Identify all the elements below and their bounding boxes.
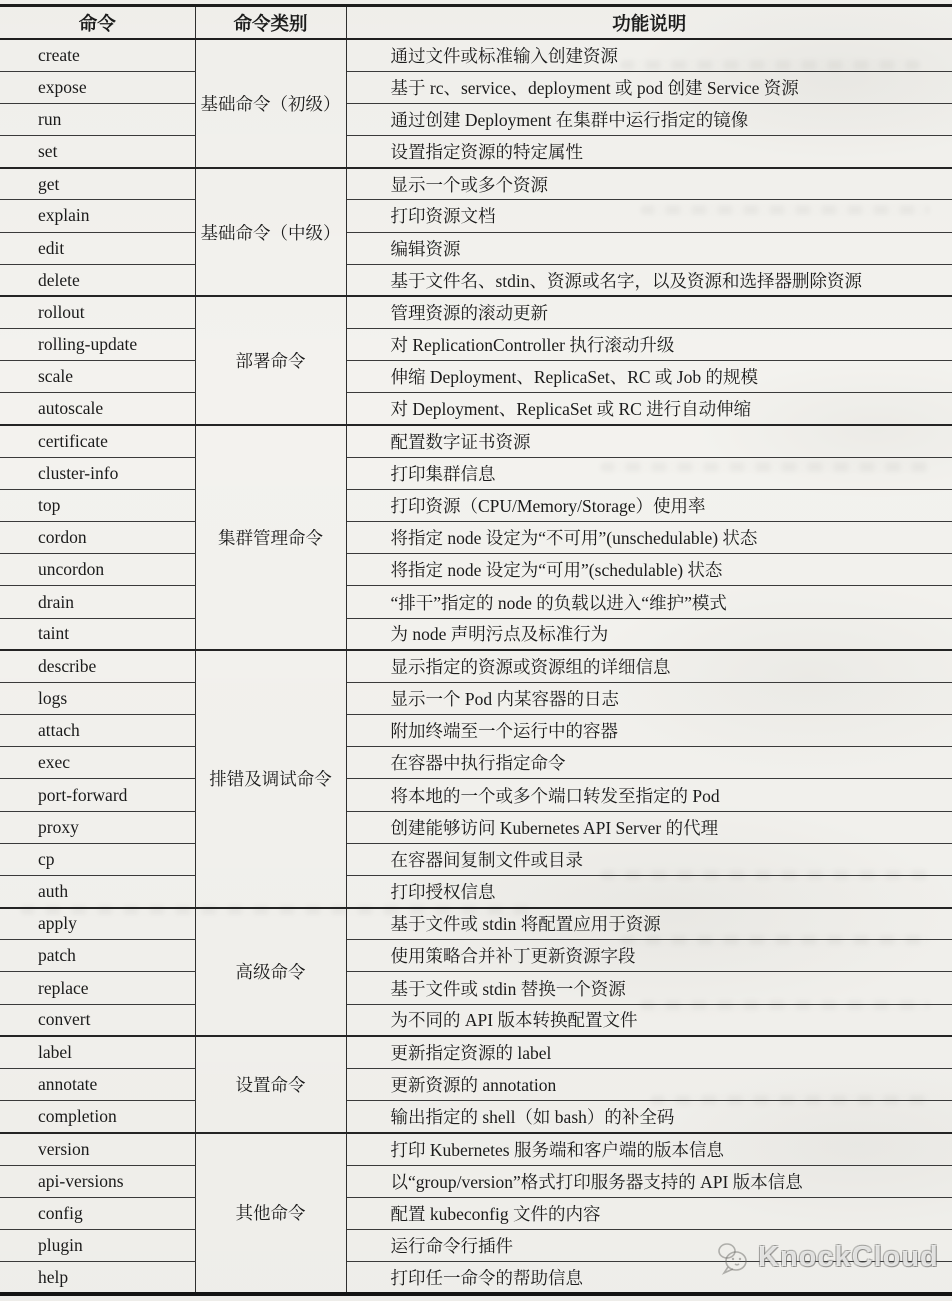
command-cell: run [0,103,195,135]
table-row: top打印资源（CPU/Memory/Storage）使用率 [0,489,952,521]
command-cell: apply [0,908,195,940]
command-cell: cordon [0,522,195,554]
table-row: convert为不同的 API 版本转换配置文件 [0,1004,952,1036]
table-row: label设置命令更新指定资源的 label [0,1036,952,1068]
table-row: rolling-update对 ReplicationController 执行… [0,329,952,361]
description-cell: 基于文件或 stdin 替换一个资源 [346,972,952,1004]
table-row: edit编辑资源 [0,232,952,264]
table-row: taint为 node 声明污点及标准行为 [0,618,952,650]
header-category: 命令类别 [195,6,346,40]
command-cell: proxy [0,811,195,843]
table-row: describe排错及调试命令显示指定的资源或资源组的详细信息 [0,650,952,682]
command-cell: rollout [0,296,195,328]
category-cell: 设置命令 [195,1036,346,1133]
description-cell: 在容器中执行指定命令 [346,747,952,779]
command-cell: edit [0,232,195,264]
description-cell: 附加终端至一个运行中的容器 [346,715,952,747]
command-cell: get [0,168,195,200]
table-row: config配置 kubeconfig 文件的内容 [0,1197,952,1229]
description-cell: 对 Deployment、ReplicaSet 或 RC 进行自动伸缩 [346,393,952,425]
table-row: scale伸缩 Deployment、ReplicaSet、RC 或 Job 的… [0,361,952,393]
description-cell: 通过文件或标准输入创建资源 [346,39,952,71]
command-cell: convert [0,1004,195,1036]
table-row: patch使用策略合并补丁更新资源字段 [0,940,952,972]
command-cell: annotate [0,1069,195,1101]
description-cell: 显示一个或多个资源 [346,168,952,200]
description-cell: 显示指定的资源或资源组的详细信息 [346,650,952,682]
scanned-page: 命令 命令类别 功能说明 create基础命令（初级）通过文件或标准输入创建资源… [0,0,952,1301]
table-row: proxy创建能够访问 Kubernetes API Server 的代理 [0,811,952,843]
description-cell: 对 ReplicationController 执行滚动升级 [346,329,952,361]
command-cell: auth [0,875,195,907]
table-row: annotate更新资源的 annotation [0,1069,952,1101]
header-command: 命令 [0,6,195,40]
table-row: version其他命令打印 Kubernetes 服务端和客户端的版本信息 [0,1133,952,1165]
command-cell: replace [0,972,195,1004]
table-row: port-forward将本地的一个或多个端口转发至指定的 Pod [0,779,952,811]
command-cell: cluster-info [0,457,195,489]
command-cell: help [0,1262,195,1294]
table-row: exec在容器中执行指定命令 [0,747,952,779]
command-cell: rolling-update [0,329,195,361]
command-cell: logs [0,682,195,714]
command-cell: scale [0,361,195,393]
command-cell: autoscale [0,393,195,425]
header-row: 命令 命令类别 功能说明 [0,6,952,40]
description-cell: 为 node 声明污点及标准行为 [346,618,952,650]
command-cell: certificate [0,425,195,457]
table-row: set设置指定资源的特定属性 [0,136,952,168]
description-cell: 打印资源文档 [346,200,952,232]
description-cell: 管理资源的滚动更新 [346,296,952,328]
table-row: help打印任一命令的帮助信息 [0,1262,952,1294]
category-cell: 基础命令（初级） [195,39,346,168]
description-cell: 将指定 node 设定为“可用”(schedulable) 状态 [346,554,952,586]
description-cell: 更新指定资源的 label [346,1036,952,1068]
table-body: create基础命令（初级）通过文件或标准输入创建资源expose基于 rc、s… [0,39,952,1294]
description-cell: 打印集群信息 [346,457,952,489]
category-cell: 高级命令 [195,908,346,1037]
description-cell: “排干”指定的 node 的负载以进入“维护”模式 [346,586,952,618]
description-cell: 基于 rc、service、deployment 或 pod 创建 Servic… [346,71,952,103]
command-cell: attach [0,715,195,747]
description-cell: 在容器间复制文件或目录 [346,843,952,875]
description-cell: 使用策略合并补丁更新资源字段 [346,940,952,972]
table-row: plugin运行命令行插件 [0,1229,952,1261]
description-cell: 基于文件或 stdin 将配置应用于资源 [346,908,952,940]
table-row: run通过创建 Deployment 在集群中运行指定的镜像 [0,103,952,135]
description-cell: 通过创建 Deployment 在集群中运行指定的镜像 [346,103,952,135]
table-row: cp在容器间复制文件或目录 [0,843,952,875]
command-cell: exec [0,747,195,779]
command-cell: expose [0,71,195,103]
table-row: explain打印资源文档 [0,200,952,232]
description-cell: 基于文件名、stdin、资源或名字，以及资源和选择器删除资源 [346,264,952,296]
description-cell: 以“group/version”格式打印服务器支持的 API 版本信息 [346,1165,952,1197]
description-cell: 创建能够访问 Kubernetes API Server 的代理 [346,811,952,843]
category-cell: 集群管理命令 [195,425,346,650]
table-row: replace基于文件或 stdin 替换一个资源 [0,972,952,1004]
category-cell: 部署命令 [195,296,346,425]
command-cell: api-versions [0,1165,195,1197]
command-cell: top [0,489,195,521]
command-cell: taint [0,618,195,650]
table-row: certificate集群管理命令配置数字证书资源 [0,425,952,457]
table-row: rollout部署命令管理资源的滚动更新 [0,296,952,328]
table-row: delete基于文件名、stdin、资源或名字，以及资源和选择器删除资源 [0,264,952,296]
command-cell: plugin [0,1229,195,1261]
category-cell: 基础命令（中级） [195,168,346,297]
table-row: drain“排干”指定的 node 的负载以进入“维护”模式 [0,586,952,618]
command-cell: explain [0,200,195,232]
command-cell: delete [0,264,195,296]
description-cell: 配置数字证书资源 [346,425,952,457]
kubectl-command-table: 命令 命令类别 功能说明 create基础命令（初级）通过文件或标准输入创建资源… [0,4,952,1296]
description-cell: 打印任一命令的帮助信息 [346,1262,952,1294]
table-row: cordon将指定 node 设定为“不可用”(unschedulable) 状… [0,522,952,554]
table-row: create基础命令（初级）通过文件或标准输入创建资源 [0,39,952,71]
description-cell: 编辑资源 [346,232,952,264]
description-cell: 运行命令行插件 [346,1229,952,1261]
command-cell: set [0,136,195,168]
description-cell: 为不同的 API 版本转换配置文件 [346,1004,952,1036]
command-cell: create [0,39,195,71]
table-row: apply高级命令基于文件或 stdin 将配置应用于资源 [0,908,952,940]
command-cell: port-forward [0,779,195,811]
command-cell: cp [0,843,195,875]
table-row: autoscale对 Deployment、ReplicaSet 或 RC 进行… [0,393,952,425]
command-cell: uncordon [0,554,195,586]
description-cell: 配置 kubeconfig 文件的内容 [346,1197,952,1229]
header-description: 功能说明 [346,6,952,40]
table-row: attach附加终端至一个运行中的容器 [0,715,952,747]
command-cell: version [0,1133,195,1165]
table-row: auth打印授权信息 [0,875,952,907]
description-cell: 更新资源的 annotation [346,1069,952,1101]
description-cell: 打印授权信息 [346,875,952,907]
table-row: expose基于 rc、service、deployment 或 pod 创建 … [0,71,952,103]
command-cell: patch [0,940,195,972]
description-cell: 显示一个 Pod 内某容器的日志 [346,682,952,714]
table-row: uncordon将指定 node 设定为“可用”(schedulable) 状态 [0,554,952,586]
description-cell: 打印 Kubernetes 服务端和客户端的版本信息 [346,1133,952,1165]
command-cell: drain [0,586,195,618]
command-cell: completion [0,1101,195,1133]
command-cell: label [0,1036,195,1068]
description-cell: 输出指定的 shell（如 bash）的补全码 [346,1101,952,1133]
description-cell: 打印资源（CPU/Memory/Storage）使用率 [346,489,952,521]
command-cell: describe [0,650,195,682]
category-cell: 排错及调试命令 [195,650,346,907]
table-row: logs显示一个 Pod 内某容器的日志 [0,682,952,714]
description-cell: 将本地的一个或多个端口转发至指定的 Pod [346,779,952,811]
category-cell: 其他命令 [195,1133,346,1294]
table-row: cluster-info打印集群信息 [0,457,952,489]
table-header: 命令 命令类别 功能说明 [0,6,952,40]
command-cell: config [0,1197,195,1229]
table-row: completion输出指定的 shell（如 bash）的补全码 [0,1101,952,1133]
table-row: get基础命令（中级）显示一个或多个资源 [0,168,952,200]
description-cell: 将指定 node 设定为“不可用”(unschedulable) 状态 [346,522,952,554]
description-cell: 伸缩 Deployment、ReplicaSet、RC 或 Job 的规模 [346,361,952,393]
table-row: api-versions以“group/version”格式打印服务器支持的 A… [0,1165,952,1197]
description-cell: 设置指定资源的特定属性 [346,136,952,168]
